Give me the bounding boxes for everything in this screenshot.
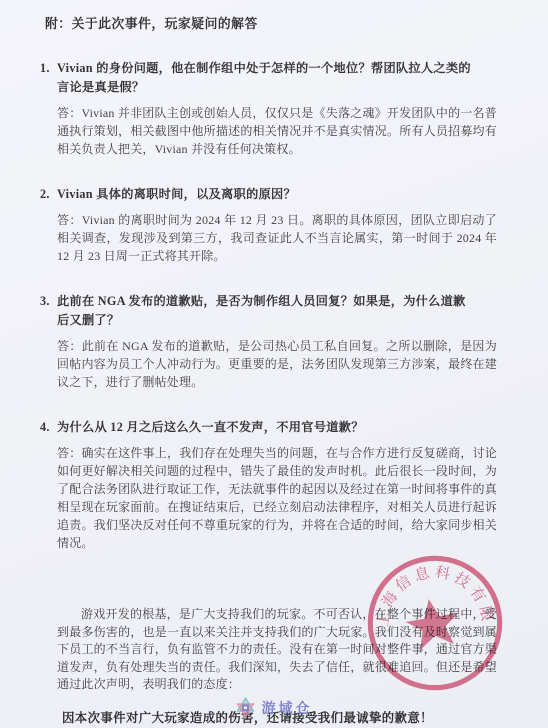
footer-brand: 游域仓 <box>0 697 548 718</box>
qa-question-text: Vivian 的身份问题，他在制作组中处于怎样的一个地位？帮团队拉人之类的言论是… <box>57 59 497 97</box>
qa-question: 2. Vivian 具体的离职时间，以及离职的原因？ <box>40 185 497 204</box>
qa-answer-text: 答：确实在这件事上，我们存在处理失当的问题，在与合作方进行反复磋商，讨论如何更好… <box>57 444 497 552</box>
statement-document-page: 附：关于此次事件，玩家疑问的解答 1. Vivian 的身份问题，他在制作组中处… <box>0 0 548 728</box>
page-title: 附：关于此次事件，玩家疑问的解答 <box>45 16 497 33</box>
qa-question-text: 此前在 NGA 发布的道歉贴，是否为制作组人员回复？如果是，为什么道歉后又删了？ <box>57 292 497 330</box>
qa-answer-text: 答：Vivian 的离职时间为 2024 年 12 月 23 日。离职的具体原因… <box>57 211 497 265</box>
qa-question: 1. Vivian 的身份问题，他在制作组中处于怎样的一个地位？帮团队拉人之类的… <box>40 59 497 97</box>
qa-number: 3. <box>40 292 57 330</box>
qa-question-text: 为什么从 12 月之后这么久一直不发声，不用官号道歉？ <box>57 418 497 437</box>
hexagram-logo-icon <box>236 697 255 718</box>
qa-number: 4. <box>40 418 57 437</box>
closing-paragraph: 游戏开发的根基，是广大支持我们的玩家。不可否认，在整个事件过程中，受到最多伤害的… <box>57 606 497 694</box>
qa-item: 4. 为什么从 12 月之后这么久一直不发声，不用官号道歉？ 答：确实在这件事上… <box>40 418 497 552</box>
qa-number: 2. <box>40 185 57 204</box>
brand-name: 游域仓 <box>262 698 313 718</box>
qa-number: 1. <box>40 59 57 97</box>
qa-question: 3. 此前在 NGA 发布的道歉贴，是否为制作组人员回复？如果是，为什么道歉后又… <box>40 292 497 330</box>
qa-question-text: Vivian 具体的离职时间，以及离职的原因？ <box>57 185 497 204</box>
qa-item: 3. 此前在 NGA 发布的道歉贴，是否为制作组人员回复？如果是，为什么道歉后又… <box>40 292 497 391</box>
qa-answer-text: 答：Vivian 并非团队主创或创始人员，仅仅只是《失落之魂》开发团队中的一名普… <box>57 104 497 158</box>
qa-item: 2. Vivian 具体的离职时间，以及离职的原因？ 答：Vivian 的离职时… <box>40 185 497 265</box>
qa-question: 4. 为什么从 12 月之后这么久一直不发声，不用官号道歉？ <box>40 418 497 437</box>
qa-answer-text: 答：此前在 NGA 发布的道歉贴，是公司热心员工私自回复。之所以删除，是因为回帖… <box>57 337 497 391</box>
qa-item: 1. Vivian 的身份问题，他在制作组中处于怎样的一个地位？帮团队拉人之类的… <box>40 59 497 158</box>
